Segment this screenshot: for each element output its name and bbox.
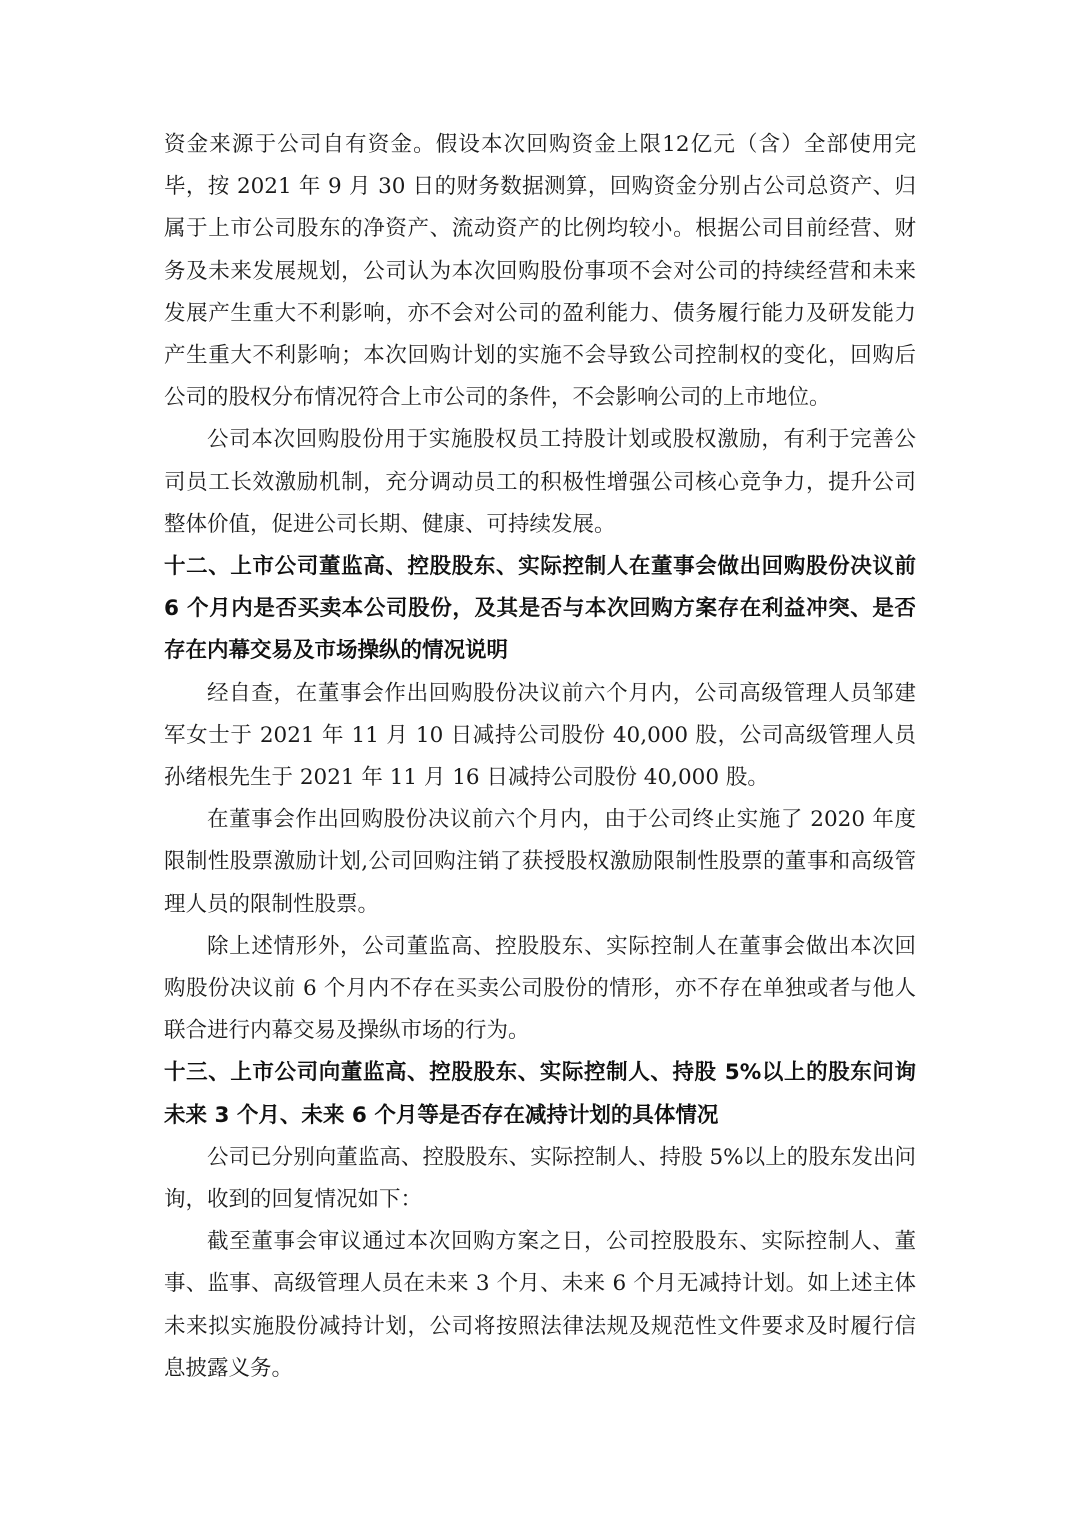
section-heading-12: 十二、上市公司董监高、控股股东、实际控制人在董事会做出回购股份决议前 6 个月内… [164,546,916,673]
section-heading-13: 十三、上市公司向董监高、控股股东、实际控制人、持股 5%以上的股东问询未来 3 … [164,1052,916,1136]
paragraph-purpose: 公司本次回购股份用于实施股权员工持股计划或股权激励，有利于完善公司员工长效激励机… [164,419,916,546]
paragraph-restricted-stock: 在董事会作出回购股份决议前六个月内，由于公司终止实施了 2020 年度限制性股票… [164,799,916,926]
paragraph-self-check: 经自查，在董事会作出回购股份决议前六个月内，公司高级管理人员邹建军女士于 202… [164,673,916,800]
paragraph-no-reduction-plan: 截至董事会审议通过本次回购方案之日，公司控股股东、实际控制人、董事、监事、高级管… [164,1221,916,1390]
paragraph-inquiry: 公司已分别向董监高、控股股东、实际控制人、持股 5%以上的股东发出问询，收到的回… [164,1137,916,1221]
paragraph-funding-impact: 资金来源于公司自有资金。假设本次回购资金上限12亿元（含）全部使用完毕，按 20… [164,124,916,419]
paragraph-no-trading: 除上述情形外，公司董监高、控股股东、实际控制人在董事会做出本次回购股份决议前 6… [164,926,916,1053]
document-page: 资金来源于公司自有资金。假设本次回购资金上限12亿元（含）全部使用完毕，按 20… [164,124,916,1390]
